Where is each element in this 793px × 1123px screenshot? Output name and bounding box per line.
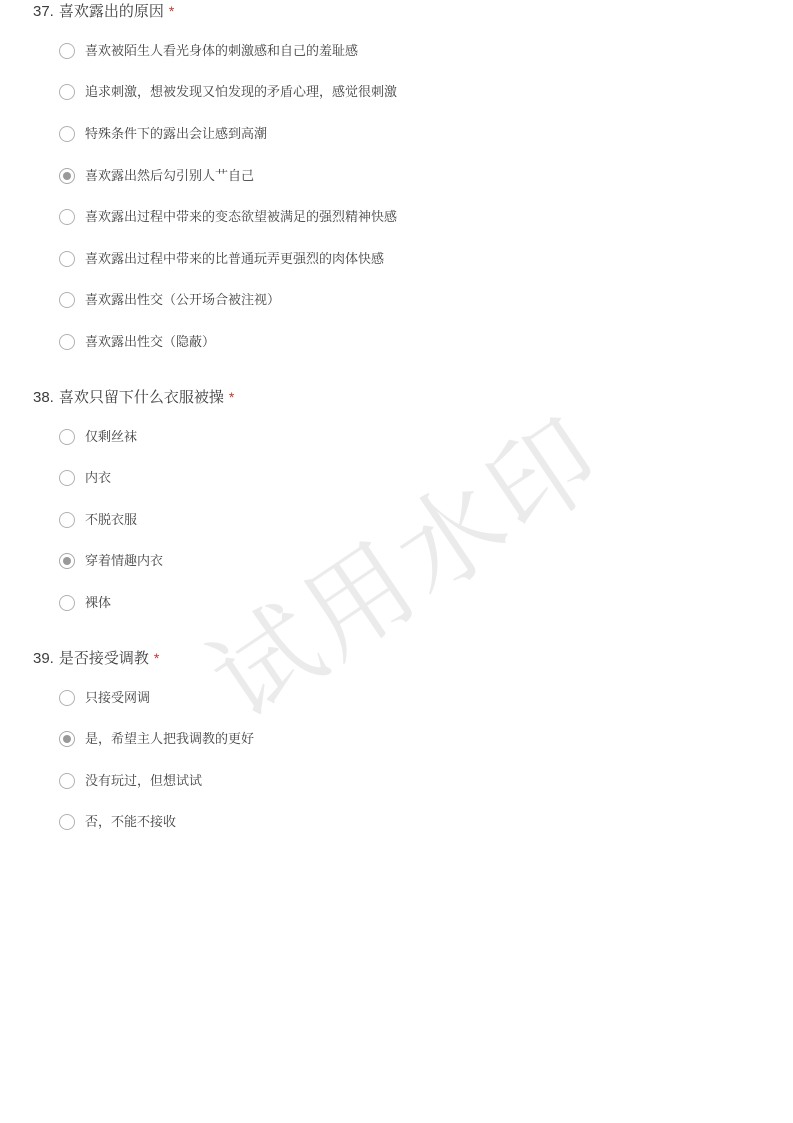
radio-button-icon[interactable] [59,553,75,569]
radio-option-label: 喜欢露出过程中带来的比普通玩弄更强烈的肉体快感 [85,250,384,268]
radio-button-icon[interactable] [59,126,75,142]
radio-option-label: 喜欢露出性交（隐蔽） [85,333,215,351]
radio-dot [63,47,71,55]
radio-option-label: 不脱衣服 [85,511,137,529]
radio-option[interactable]: 特殊条件下的露出会让感到高潮 [59,113,793,155]
question-text: 喜欢只留下什么衣服被操 [59,389,224,406]
radio-button-icon[interactable] [59,429,75,445]
radio-option[interactable]: 喜欢露出过程中带来的变态欲望被满足的强烈精神快感 [59,196,793,238]
required-asterisk: * [229,389,234,405]
question-number: 39. [33,650,54,667]
radio-dot [63,255,71,263]
radio-option[interactable]: 穿着情趣内衣 [59,541,793,583]
radio-button-icon[interactable] [59,814,75,830]
radio-option-label: 喜欢被陌生人看光身体的刺激感和自己的羞耻感 [85,42,358,60]
radio-option-label: 否，不能不接收 [85,813,176,831]
radio-dot [63,88,71,96]
option-list: 仅剩丝袜 内衣 不脱衣服 穿着情趣内衣 裸体 [59,416,793,624]
radio-option[interactable]: 不脱衣服 [59,499,793,541]
radio-button-icon[interactable] [59,168,75,184]
radio-dot [63,338,71,346]
radio-option[interactable]: 是，希望主人把我调教的更好 [59,718,793,760]
radio-button-icon[interactable] [59,595,75,611]
radio-option-label: 追求刺激，想被发现又怕发现的矛盾心理，感觉很刺激 [85,83,397,101]
radio-dot [63,130,71,138]
radio-option[interactable]: 追求刺激，想被发现又怕发现的矛盾心理，感觉很刺激 [59,72,793,114]
radio-option-label: 内衣 [85,469,111,487]
radio-option-label: 只接受网调 [85,689,150,707]
radio-button-icon[interactable] [59,470,75,486]
radio-option[interactable]: 喜欢露出性交（隐蔽） [59,321,793,363]
radio-dot [63,777,71,785]
question-number: 37. [33,3,54,20]
radio-option[interactable]: 裸体 [59,582,793,624]
radio-button-icon[interactable] [59,84,75,100]
radio-option[interactable]: 喜欢露出性交（公开场合被注视） [59,280,793,322]
required-asterisk: * [154,650,159,666]
radio-option[interactable]: 喜欢露出过程中带来的比普通玩弄更强烈的肉体快感 [59,238,793,280]
radio-option[interactable]: 喜欢露出然后勾引别人艹自己 [59,155,793,197]
question-title: 37.喜欢露出的原因* [33,1,793,22]
radio-dot [63,557,71,565]
question-text: 是否接受调教 [59,650,149,667]
radio-option[interactable]: 内衣 [59,457,793,499]
radio-dot [63,296,71,304]
radio-option[interactable]: 没有玩过，但想试试 [59,760,793,802]
question-title: 39.是否接受调教* [33,648,793,669]
question-list: 37.喜欢露出的原因* 喜欢被陌生人看光身体的刺激感和自己的羞耻感 追求刺激，想… [0,0,793,843]
required-asterisk: * [169,3,174,19]
radio-button-icon[interactable] [59,334,75,350]
radio-option-label: 喜欢露出性交（公开场合被注视） [85,291,280,309]
radio-button-icon[interactable] [59,731,75,747]
question-block: 39.是否接受调教* 只接受网调 是，希望主人把我调教的更好 没有玩过，但想试试… [33,648,793,843]
radio-dot [63,818,71,826]
radio-option-label: 裸体 [85,594,111,612]
radio-option-label: 特殊条件下的露出会让感到高潮 [85,125,267,143]
radio-button-icon[interactable] [59,209,75,225]
radio-option-label: 穿着情趣内衣 [85,552,163,570]
radio-dot [63,599,71,607]
radio-option-label: 喜欢露出过程中带来的变态欲望被满足的强烈精神快感 [85,208,397,226]
radio-button-icon[interactable] [59,292,75,308]
radio-option-label: 仅剩丝袜 [85,428,137,446]
radio-dot [63,433,71,441]
radio-dot [63,474,71,482]
radio-button-icon[interactable] [59,773,75,789]
radio-option[interactable]: 否，不能不接收 [59,802,793,844]
radio-option-label: 喜欢露出然后勾引别人艹自己 [85,167,254,185]
radio-dot [63,516,71,524]
radio-option[interactable]: 喜欢被陌生人看光身体的刺激感和自己的羞耻感 [59,30,793,72]
radio-button-icon[interactable] [59,251,75,267]
radio-dot [63,735,71,743]
question-block: 37.喜欢露出的原因* 喜欢被陌生人看光身体的刺激感和自己的羞耻感 追求刺激，想… [33,1,793,363]
radio-option[interactable]: 仅剩丝袜 [59,416,793,458]
radio-dot [63,172,71,180]
question-block: 38.喜欢只留下什么衣服被操* 仅剩丝袜 内衣 不脱衣服 穿着情趣内衣 裸体 [33,387,793,624]
question-number: 38. [33,389,54,406]
option-list: 喜欢被陌生人看光身体的刺激感和自己的羞耻感 追求刺激，想被发现又怕发现的矛盾心理… [59,30,793,363]
survey-page: 试用水印 37.喜欢露出的原因* 喜欢被陌生人看光身体的刺激感和自己的羞耻感 追… [0,0,793,1123]
radio-button-icon[interactable] [59,43,75,59]
radio-dot [63,213,71,221]
radio-button-icon[interactable] [59,690,75,706]
radio-button-icon[interactable] [59,512,75,528]
radio-option[interactable]: 只接受网调 [59,677,793,719]
question-title: 38.喜欢只留下什么衣服被操* [33,387,793,408]
question-text: 喜欢露出的原因 [59,3,164,20]
radio-option-label: 是，希望主人把我调教的更好 [85,730,254,748]
radio-dot [63,694,71,702]
option-list: 只接受网调 是，希望主人把我调教的更好 没有玩过，但想试试 否，不能不接收 [59,677,793,843]
radio-option-label: 没有玩过，但想试试 [85,772,202,790]
